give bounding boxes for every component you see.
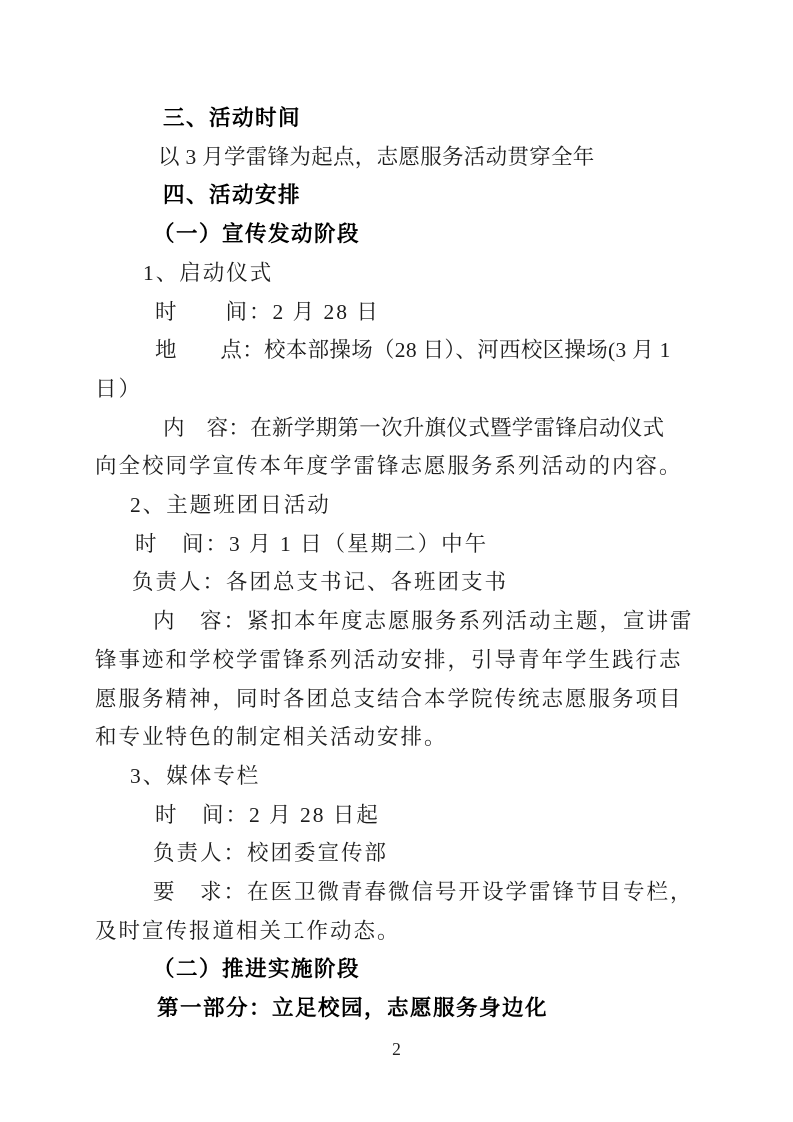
line-time-mar-1: 时 间：3 月 1 日（星期二）中午 — [95, 525, 695, 564]
page-content: 三、活动时间 以 3 月学雷锋为起点，志愿服务活动贯穿全年 四、活动安排 （一）… — [95, 99, 695, 1028]
line-requirement-wechat-column: 要 求：在医卫微青春微信号开设学雷锋节目专栏， — [95, 873, 695, 912]
line-content-theme-meeting: 内 容：紧扣本年度志愿服务系列活动主题，宣讲雷 — [95, 602, 695, 641]
heading-stage-one-publicity-launch: （一）宣传发动阶段 — [95, 215, 695, 254]
line-time-feb-28-onward: 时 间：2 月 28 日起 — [95, 796, 695, 835]
line-location-wrap: 日） — [95, 370, 695, 409]
line-content-flag-ceremony-wrap: 向全校同学宣传本年度学雷锋志愿服务系列活动的内容。 — [95, 447, 695, 486]
heading-part-one-campus-volunteer: 第一部分：立足校园，志愿服务身边化 — [95, 989, 695, 1028]
line-time-feb-28: 时 间：2 月 28 日 — [95, 293, 695, 332]
heading-section-three-activity-time: 三、活动时间 — [95, 99, 695, 138]
document-page: 三、活动时间 以 3 月学雷锋为起点，志愿服务活动贯穿全年 四、活动安排 （一）… — [0, 0, 793, 1122]
line-requirement-wrap: 及时宣传报道相关工作动态。 — [95, 912, 695, 951]
heading-section-four-activity-arrangement: 四、活动安排 — [95, 176, 695, 215]
line-content-theme-meeting-wrap-3: 和专业特色的制定相关活动安排。 — [95, 718, 695, 757]
line-activity-time-detail: 以 3 月学雷锋为起点，志愿服务活动贯穿全年 — [95, 138, 695, 177]
line-content-theme-meeting-wrap-2: 愿服务精神，同时各团总支结合本学院传统志愿服务项目 — [95, 680, 695, 719]
line-content-theme-meeting-wrap-1: 锋事迹和学校学雷锋系列活动安排，引导青年学生践行志 — [95, 641, 695, 680]
page-number: 2 — [0, 1036, 793, 1062]
line-location-playgrounds: 地 点：校本部操场（28 日）、河西校区操场(3 月 1 — [95, 331, 695, 370]
line-item-2-theme-class-meeting: 2、主题班团日活动 — [95, 486, 695, 525]
line-item-1-launch-ceremony: 1、启动仪式 — [95, 254, 695, 293]
line-item-3-media-column: 3、媒体专栏 — [95, 757, 695, 796]
line-responsible-league-secretaries: 负责人：各团总支书记、各班团支书 — [95, 563, 695, 602]
line-responsible-publicity-dept: 负责人：校团委宣传部 — [95, 834, 695, 873]
line-content-flag-ceremony: 内 容：在新学期第一次升旗仪式暨学雷锋启动仪式 — [95, 409, 695, 448]
heading-stage-two-implementation: （二）推进实施阶段 — [95, 950, 695, 989]
